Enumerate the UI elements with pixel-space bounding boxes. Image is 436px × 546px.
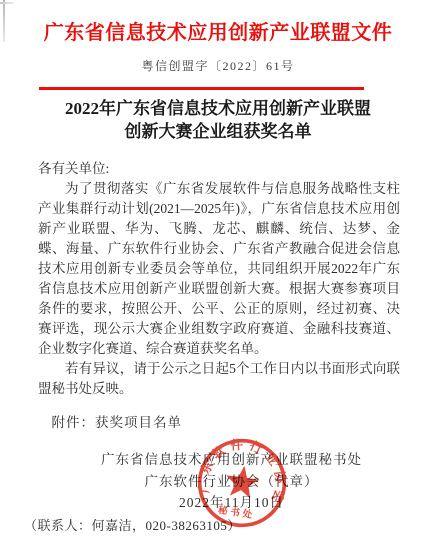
document-number: 粤信创盟字〔2022〕61号 <box>0 57 436 74</box>
official-seal: 广东软件行业协会 秘书处 <box>190 431 294 535</box>
seal-star-icon <box>224 463 261 499</box>
header-divider-line <box>39 87 364 90</box>
document-body: 各有关单位: 为了贯彻落实《广东省发展软件与信息服务战略性支柱产业集群行动计划(… <box>38 159 400 399</box>
attachment-line: 附件：获奖项目名单 <box>38 411 400 431</box>
document-title-line2: 创新大赛企业组获奖名单 <box>125 122 312 141</box>
scan-edge-artifact <box>0 2 14 4</box>
document-header-title: 广东省信息技术应用创新产业联盟文件 <box>0 16 436 45</box>
document-title-line1: 2022年广东省信息技术应用创新产业联盟 <box>65 99 371 118</box>
salutation: 各有关单位: <box>38 159 400 179</box>
seal-bottom-text: 秘书处 <box>217 504 256 521</box>
document-page: 广东省信息技术应用创新产业联盟文件 粤信创盟字〔2022〕61号 2022年广东… <box>0 0 436 546</box>
document-title: 2022年广东省信息技术应用创新产业联盟 创新大赛企业组获奖名单 <box>0 97 436 143</box>
body-paragraph-2: 若有异议，请于公示之日起5个工作日内以书面形式向联盟秘书处反映。 <box>38 359 400 399</box>
body-paragraph-1: 为了贯彻落实《广东省发展软件与信息服务战略性支柱产业集群行动计划(2021—20… <box>38 179 400 359</box>
